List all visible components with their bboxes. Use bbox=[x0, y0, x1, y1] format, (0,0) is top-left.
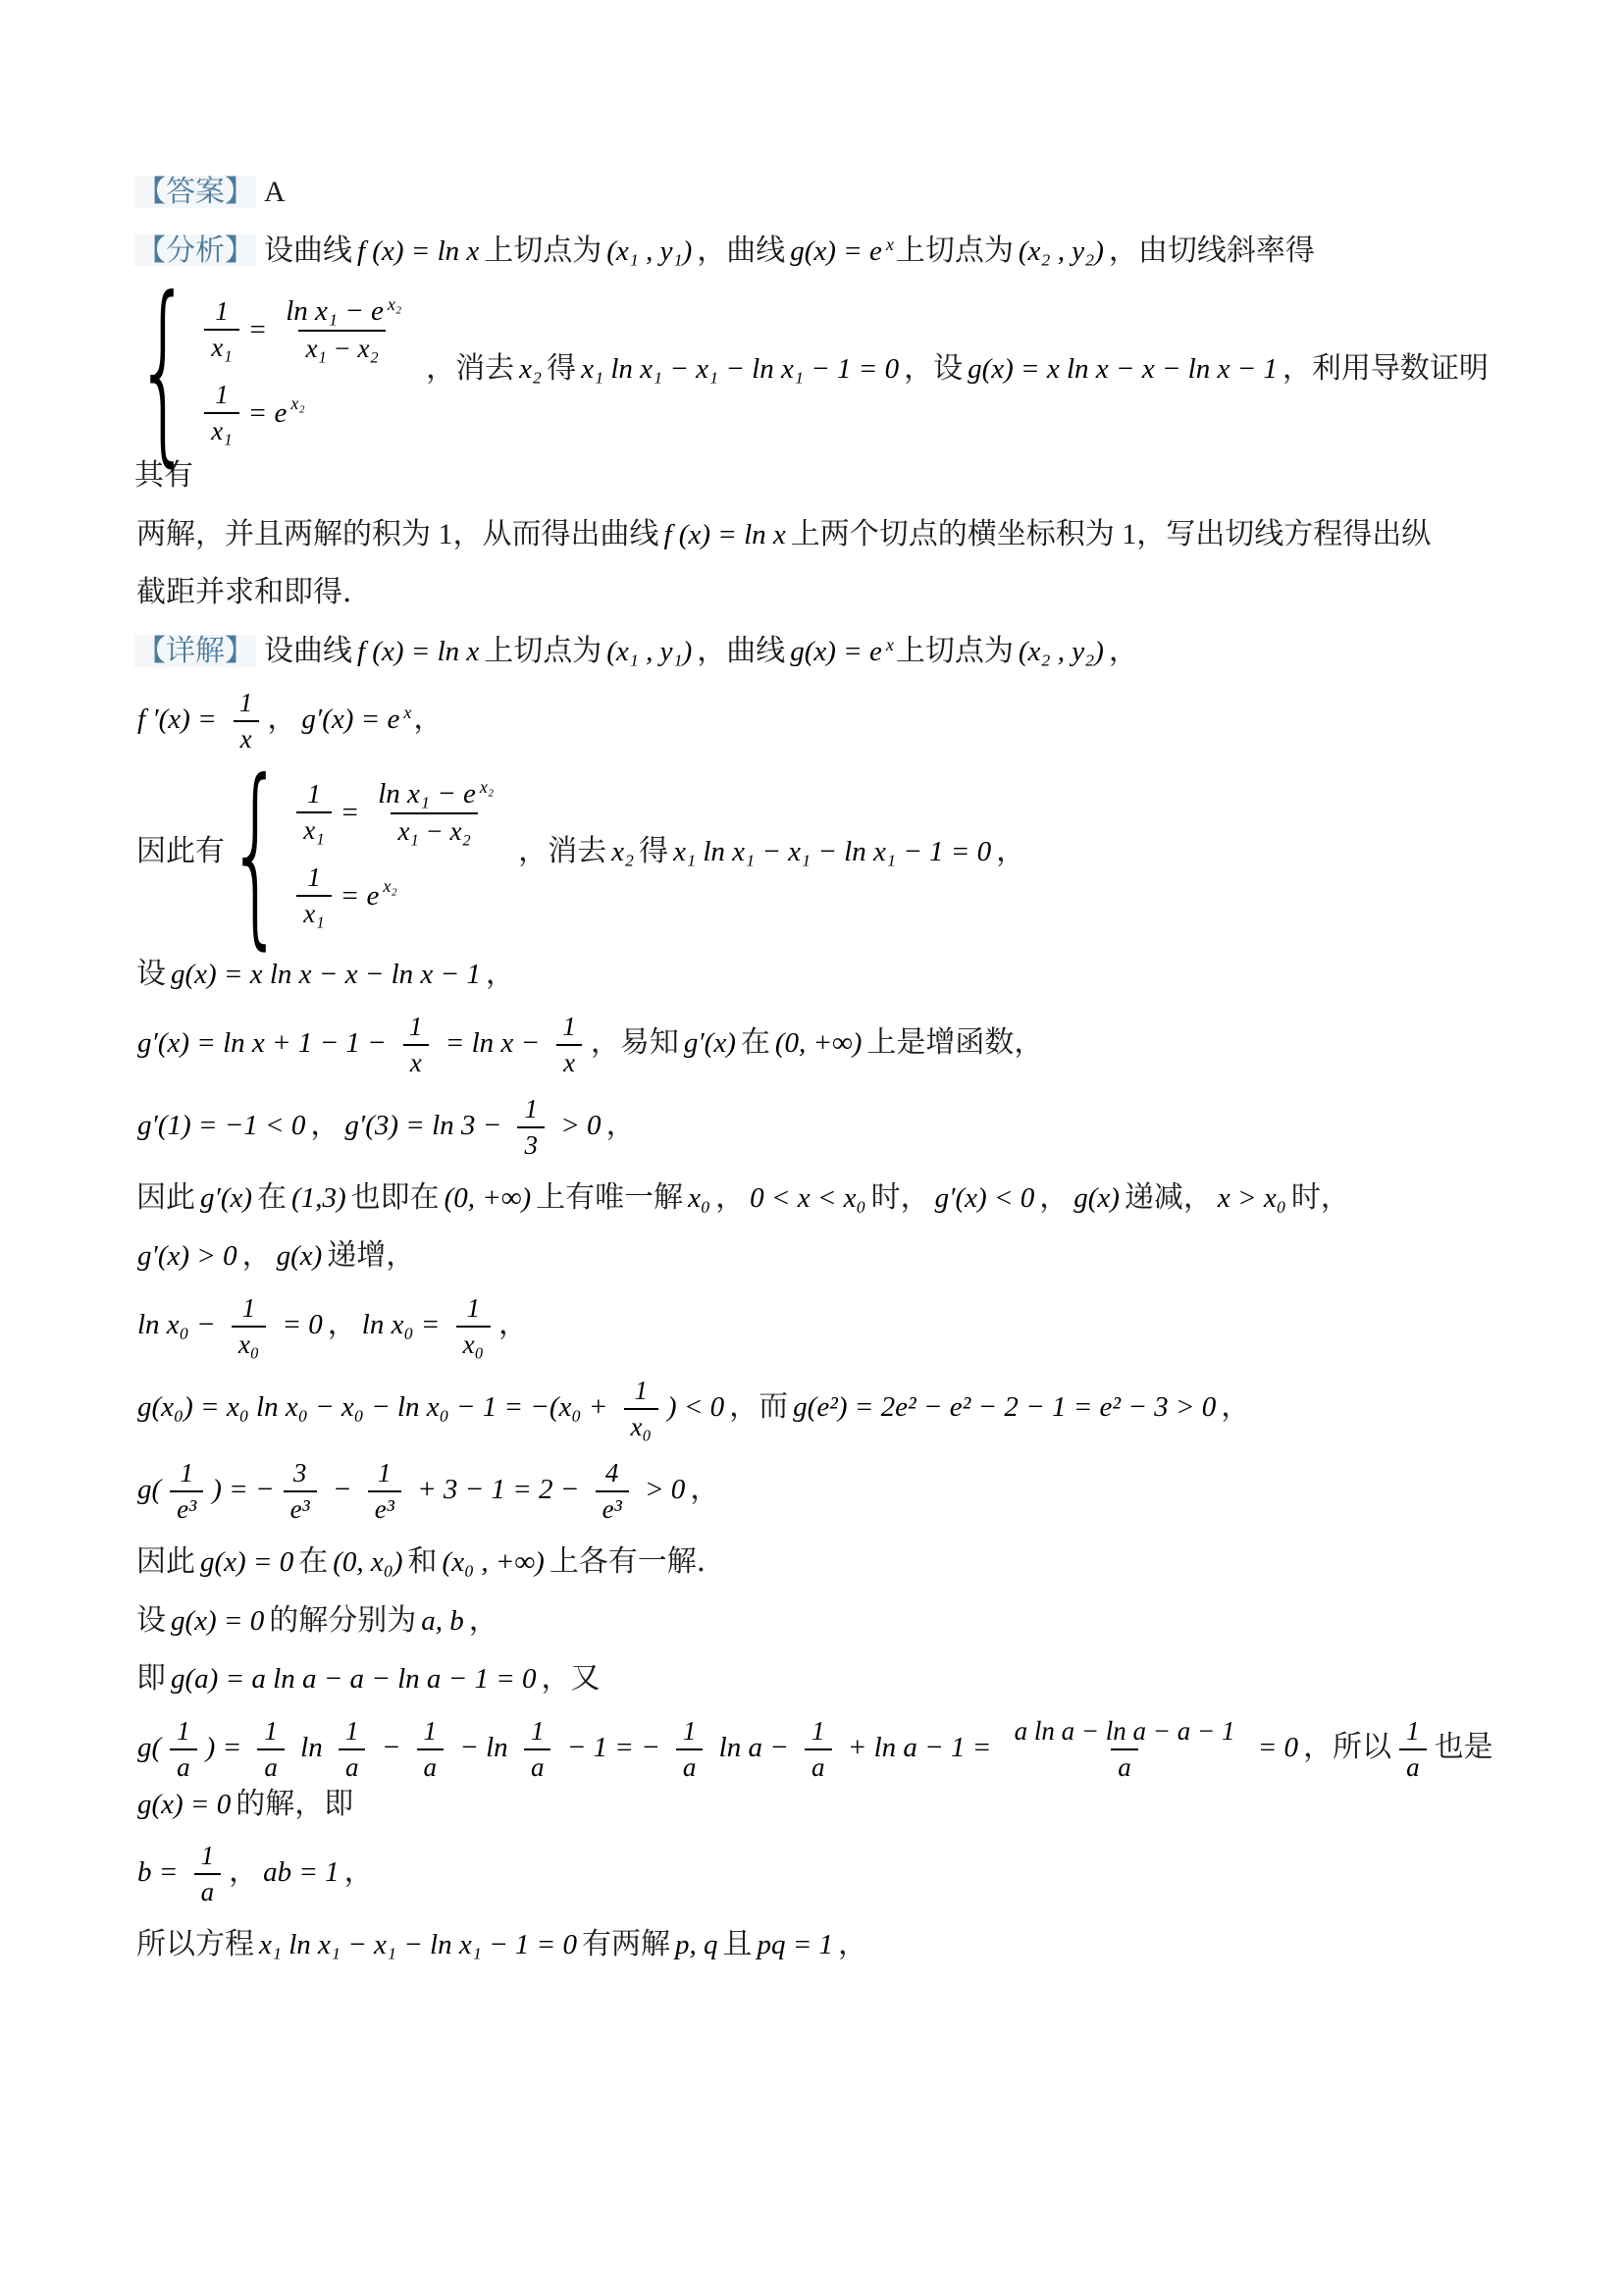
fraction-denominator: x₁ bbox=[296, 811, 331, 846]
fraction-numerator: 1 bbox=[208, 296, 236, 329]
fraction-denominator: x₀ bbox=[456, 1326, 491, 1360]
fraction-denominator: e³ bbox=[170, 1490, 203, 1525]
math-run: x₂ bbox=[516, 353, 545, 385]
text-run: ， bbox=[484, 958, 517, 990]
text-run: 设曲线 bbox=[262, 635, 354, 667]
text-run: 递减， bbox=[1123, 1181, 1215, 1214]
math-run: g(x₀) = x₀ ln x₀ − x₀ − ln x₀ − 1 = −(x₀… bbox=[134, 1391, 618, 1423]
unique-solution-line: 因此g′(x)在(1,3)也即在(0, +∞)上有唯一解x₀，0 < x < x… bbox=[134, 1176, 1505, 1220]
math-run: (x₂ , y₂) bbox=[1016, 636, 1107, 667]
text-run: 设 bbox=[134, 958, 168, 990]
fraction: 1a bbox=[1399, 1716, 1427, 1783]
text-run: 因此 bbox=[134, 1545, 197, 1578]
math-run: (1,3) bbox=[288, 1182, 349, 1214]
text-run: ，设 bbox=[902, 352, 965, 385]
fraction: 1x bbox=[402, 1012, 430, 1078]
math-run: g(x) = e bbox=[787, 636, 885, 667]
fraction-denominator: a bbox=[805, 1748, 832, 1783]
fraction-numerator: 1 bbox=[233, 688, 260, 720]
equation-rows: 1x₁ = ln x₁ − ex₂x₁ − x₂1x₁ = ex₂ bbox=[290, 778, 506, 929]
math-run: = 0 bbox=[272, 1309, 326, 1340]
fraction-denominator: a bbox=[676, 1748, 704, 1783]
math-run: (0, +∞) bbox=[442, 1182, 535, 1214]
math-run: g′(x) < 0 bbox=[932, 1182, 1038, 1214]
superscript: x₂ bbox=[388, 294, 401, 314]
fraction-denominator: x₁ bbox=[296, 895, 331, 929]
solution-document: 【答案】A【分析】设曲线f (x) = ln x上切点为(x₁ , y₁)，曲线… bbox=[0, 0, 1623, 1966]
math-run: + 3 − 1 = 2 − bbox=[407, 1474, 590, 1505]
superscript: x₂ bbox=[383, 873, 396, 899]
math-run: = bbox=[338, 792, 363, 833]
math-run: x₁ ln x₁ − x₁ − ln x₁ − 1 = 0 bbox=[256, 1929, 580, 1960]
fraction-numerator: 1 bbox=[170, 1716, 197, 1748]
fraction-denominator: a bbox=[1399, 1748, 1427, 1783]
math-run: = bbox=[245, 309, 271, 350]
math-run: g(x) = x ln x − x − ln x − 1 bbox=[965, 353, 1281, 385]
math-run: ) < 0 bbox=[664, 1391, 727, 1423]
text-run: 所以方程 bbox=[134, 1928, 256, 1960]
math-run: g(x) = e bbox=[787, 235, 885, 267]
math-run: b = bbox=[134, 1856, 188, 1888]
fraction: 3e³ bbox=[284, 1458, 317, 1525]
math-run: f ′(x) = bbox=[134, 704, 227, 735]
g-inv-e3-line: g(1e³) = −3e³ − 1e³ + 3 − 1 = 2 − 4e³ > … bbox=[134, 1458, 1505, 1525]
superscript: x₂ bbox=[480, 777, 494, 797]
text-run: A bbox=[262, 176, 288, 208]
math-run: g(x) = 0 bbox=[168, 1605, 267, 1637]
math-run: (x₂ , y₂) bbox=[1016, 235, 1107, 267]
math-run: (x₀ , +∞) bbox=[440, 1546, 548, 1578]
text-run: ，曲线 bbox=[695, 635, 787, 667]
math-run: x₂ bbox=[608, 836, 637, 867]
equation-row: 1x₁ = ex₂ bbox=[198, 380, 414, 446]
fraction: 1x₁ bbox=[296, 779, 331, 846]
math-run: − bbox=[323, 1474, 362, 1505]
math-run: ln x₀ − bbox=[134, 1309, 226, 1340]
math-run: − bbox=[371, 1732, 410, 1763]
math-run: a, b bbox=[418, 1605, 467, 1637]
fraction-numerator: 1 bbox=[300, 862, 328, 895]
fraction: ln x₁ − ex₂x₁ − x₂ bbox=[368, 778, 500, 847]
superscript: x bbox=[886, 635, 894, 654]
define-ab-line: 设g(x) = 0的解分别为a, b， bbox=[134, 1599, 1505, 1643]
text-run: 和 bbox=[406, 1545, 440, 1578]
analysis-wrap-line-2: 截距并求和即得． bbox=[134, 571, 1505, 614]
math-run: (x₁ , y₁) bbox=[603, 636, 695, 667]
fraction: 1a bbox=[257, 1716, 285, 1783]
fraction: 1x₁ bbox=[296, 862, 331, 929]
math-run: g′(3) = ln 3 − bbox=[341, 1110, 511, 1141]
text-run: ， bbox=[1107, 635, 1140, 667]
math-run: > 0 bbox=[635, 1474, 689, 1505]
fraction-numerator: 1 bbox=[417, 1716, 445, 1748]
fraction-numerator: 1 bbox=[371, 1458, 398, 1490]
increasing-line: g′(x) > 0，g(x)递增， bbox=[134, 1234, 1505, 1278]
math-run: ) = − bbox=[209, 1474, 277, 1505]
fraction-numerator: 1 bbox=[627, 1376, 654, 1408]
math-run: g′(x) > 0 bbox=[134, 1240, 240, 1272]
fraction-numerator: 1 bbox=[805, 1716, 832, 1748]
math-run: g′(x) = ln x + 1 − 1 − bbox=[134, 1027, 396, 1059]
math-run: = e bbox=[338, 875, 383, 916]
text-run: ， bbox=[604, 1109, 638, 1141]
text-run: ，曲线 bbox=[695, 235, 787, 267]
equation-row: 1x₁ = ex₂ bbox=[290, 862, 506, 929]
math-run: (0, x₀) bbox=[330, 1546, 405, 1578]
fraction: 1a bbox=[417, 1716, 445, 1783]
text-run: ， bbox=[994, 835, 1027, 867]
fraction-denominator: a bbox=[1111, 1748, 1138, 1783]
text-run: 即 bbox=[134, 1662, 168, 1695]
text-run: ， bbox=[497, 1308, 530, 1340]
text-run: 上有唯一解 bbox=[534, 1181, 685, 1214]
fraction-numerator: 1 bbox=[676, 1716, 704, 1748]
math-run: f (x) = ln x bbox=[354, 636, 482, 667]
fraction: 1x₀ bbox=[456, 1293, 491, 1360]
fraction-denominator: a bbox=[339, 1748, 366, 1783]
text-run: 截距并求和即得． bbox=[134, 576, 374, 608]
fraction: 1x bbox=[555, 1012, 583, 1078]
text-run: 设曲线 bbox=[262, 235, 354, 267]
left-brace-icon: { bbox=[228, 770, 284, 937]
text-run: 得 bbox=[637, 835, 670, 867]
text-run: ， bbox=[227, 1855, 260, 1888]
text-run: 上切点为 bbox=[482, 235, 603, 267]
fraction-numerator: 1 bbox=[257, 1716, 285, 1748]
math-run: = 0 bbox=[1247, 1732, 1301, 1763]
fraction-denominator: x bbox=[556, 1044, 582, 1078]
fraction-numerator: 3 bbox=[287, 1458, 314, 1490]
text-run: ， bbox=[308, 1109, 341, 1141]
text-run: ，消去 bbox=[424, 352, 516, 385]
text-run: 在 bbox=[255, 1181, 288, 1214]
fraction-denominator: e³ bbox=[368, 1490, 401, 1525]
math-run: g′(x) = e bbox=[298, 704, 402, 735]
ln-x0-line: ln x₀ − 1x₀ = 0，ln x₀ = 1x₀， bbox=[134, 1293, 1505, 1360]
fraction-denominator: 3 bbox=[517, 1126, 545, 1161]
math-run: g(x) bbox=[274, 1240, 326, 1272]
g-x0-line: g(x₀) = x₀ ln x₀ − x₀ − ln x₀ − 1 = −(x₀… bbox=[134, 1376, 1505, 1442]
two-solutions-line: 因此g(x) = 0在(0, x₀)和(x₀ , +∞)上各有一解． bbox=[134, 1540, 1505, 1584]
superscript: x₂ bbox=[290, 391, 304, 416]
text-run: ， bbox=[467, 1604, 500, 1637]
math-run: ab = 1 bbox=[260, 1856, 342, 1888]
text-run: 时， bbox=[869, 1181, 932, 1214]
fraction-numerator: 4 bbox=[599, 1458, 626, 1490]
text-run: 两解，并且两解的积为 1，从而得出曲线 bbox=[134, 518, 661, 550]
text-run: ， bbox=[240, 1239, 274, 1272]
text-run: 也是 bbox=[1433, 1731, 1495, 1763]
math-run: ln bbox=[290, 1732, 333, 1763]
fraction: 1e³ bbox=[368, 1458, 401, 1525]
superscript: x bbox=[886, 235, 894, 254]
equation-row: 1x₁ = ln x₁ − ex₂x₁ − x₂ bbox=[198, 295, 414, 364]
math-run: g( bbox=[134, 1474, 164, 1505]
math-run: f (x) = ln x bbox=[354, 235, 482, 267]
fraction-denominator: a bbox=[257, 1748, 285, 1783]
fraction: 1a bbox=[524, 1716, 551, 1783]
fraction-denominator: x₀ bbox=[232, 1326, 266, 1360]
equation-system: {1x₁ = ln x₁ − ex₂x₁ − x₂1x₁ = ex₂ bbox=[227, 770, 506, 937]
text-run: 递增， bbox=[325, 1239, 417, 1272]
g-prime-line: g′(x) = ln x + 1 − 1 − 1x = ln x − 1x，易知… bbox=[134, 1012, 1505, 1078]
fraction-denominator: x₀ bbox=[624, 1408, 658, 1442]
fraction-numerator: 1 bbox=[402, 1012, 430, 1044]
fraction: ln x₁ − ex₂x₁ − x₂ bbox=[276, 295, 408, 364]
fraction-denominator: e³ bbox=[284, 1490, 317, 1525]
math-run: (x₁ , y₁) bbox=[603, 235, 695, 267]
fraction: 1a bbox=[194, 1841, 222, 1907]
fraction-numerator: ln x₁ − ex₂ bbox=[368, 778, 500, 812]
math-run: pq = 1 bbox=[754, 1929, 836, 1960]
fraction-numerator: 1 bbox=[524, 1716, 551, 1748]
fraction-denominator: a bbox=[170, 1748, 197, 1783]
math-run: 0 < x < x₀ bbox=[747, 1182, 868, 1214]
fraction-numerator: 1 bbox=[300, 779, 328, 811]
math-run: g(x) = 0 bbox=[134, 1789, 234, 1820]
fraction-numerator: 1 bbox=[208, 380, 236, 412]
math-run: (0, +∞) bbox=[772, 1027, 865, 1059]
text-run: ， bbox=[1037, 1181, 1071, 1214]
document-page: { "page": { "background": "#ffffff", "te… bbox=[0, 0, 1623, 2296]
text-run: 上两个切点的横坐标积为 1，写出切线方程得出纵 bbox=[789, 518, 1434, 550]
text-run: ， bbox=[836, 1928, 869, 1960]
text-run: ， bbox=[1219, 1390, 1252, 1423]
fraction-denominator: e³ bbox=[596, 1490, 629, 1525]
math-run: x > x₀ bbox=[1215, 1182, 1289, 1214]
g-inv-a-line: g(1a) = 1a ln 1a − 1a − ln 1a − 1 = − 1a… bbox=[134, 1716, 1505, 1826]
analysis-line: 【分析】设曲线f (x) = ln x上切点为(x₁ , y₁)，曲线g(x) … bbox=[134, 230, 1505, 273]
text-run: 在 bbox=[296, 1545, 330, 1578]
fraction-denominator: x₁ bbox=[204, 412, 238, 446]
math-run: g′(x) bbox=[197, 1182, 255, 1214]
text-run: ， bbox=[326, 1308, 359, 1340]
define-g-line: 设g(x) = x ln x − x − ln x − 1， bbox=[134, 953, 1505, 996]
math-run: − 1 = − bbox=[556, 1732, 669, 1763]
fraction-numerator: 1 bbox=[517, 1094, 545, 1126]
text-run: 也即在 bbox=[349, 1181, 442, 1214]
fraction: 1x₁ bbox=[204, 296, 238, 363]
fraction: 1e³ bbox=[170, 1458, 203, 1525]
math-run: x₁ ln x₁ − x₁ − ln x₁ − 1 = 0 bbox=[670, 836, 994, 867]
math-run: + ln a − 1 = bbox=[838, 1732, 1002, 1763]
text-run: 有两解 bbox=[580, 1928, 672, 1960]
superscript: x bbox=[403, 703, 411, 722]
math-run: g′(1) = −1 < 0 bbox=[134, 1110, 308, 1141]
text-run: 的解分别为 bbox=[267, 1604, 418, 1637]
g-a-line: 即g(a) = a ln a − a − ln a − 1 = 0，又 bbox=[134, 1657, 1505, 1700]
system-line-analysis: {1x₁ = ln x₁ − ex₂x₁ − x₂1x₁ = ex₂，消去x₂得… bbox=[134, 287, 1505, 497]
text-run: 上切点为 bbox=[482, 635, 603, 667]
math-run: x₁ ln x₁ − x₁ − ln x₁ − 1 = 0 bbox=[578, 353, 902, 385]
fraction-numerator: 1 bbox=[460, 1293, 488, 1326]
fraction-numerator: 1 bbox=[555, 1012, 583, 1044]
analysis-wrap-line-1: 两解，并且两解的积为 1，从而得出曲线f (x) = ln x上两个切点的横坐标… bbox=[134, 513, 1505, 556]
left-brace-icon: { bbox=[135, 287, 191, 454]
math-run: = e bbox=[245, 392, 290, 434]
math-run: g(x) = 0 bbox=[197, 1546, 296, 1578]
fraction-denominator: x₁ − x₂ bbox=[298, 330, 385, 364]
equation-rows: 1x₁ = ln x₁ − ex₂x₁ − x₂1x₁ = ex₂ bbox=[198, 295, 414, 446]
text-run: ， bbox=[713, 1181, 747, 1214]
g-prime-values-line: g′(1) = −1 < 0，g′(3) = ln 3 − 13 > 0， bbox=[134, 1094, 1505, 1161]
math-run: g(e²) = 2e² − e² − 2 − 1 = e² − 3 > 0 bbox=[790, 1391, 1219, 1423]
math-run: g( bbox=[134, 1732, 164, 1763]
text-run: 设 bbox=[134, 1604, 168, 1637]
text-run: 得 bbox=[545, 352, 578, 385]
math-run: g(x) = x ln x − x − ln x − 1 bbox=[168, 959, 484, 990]
math-run: f (x) = ln x bbox=[661, 519, 789, 550]
fraction: 1a bbox=[676, 1716, 704, 1783]
math-run: p, q bbox=[672, 1929, 721, 1960]
fraction: 1a bbox=[805, 1716, 832, 1783]
text-run: 的解，即 bbox=[234, 1788, 355, 1820]
fraction-numerator: a ln a − ln a − a − 1 bbox=[1008, 1716, 1242, 1748]
section-label: 【答案】 bbox=[134, 176, 256, 208]
answer-line: 【答案】A bbox=[134, 171, 1505, 214]
fraction-denominator: x bbox=[403, 1044, 429, 1078]
text-run: 上切点为 bbox=[894, 235, 1016, 267]
text-run: ，所以 bbox=[1301, 1731, 1393, 1763]
fraction-denominator: a bbox=[194, 1873, 222, 1907]
text-run: 上切点为 bbox=[894, 635, 1016, 667]
math-run: g(x) bbox=[1071, 1182, 1123, 1214]
math-run: − ln bbox=[449, 1732, 518, 1763]
fraction: 1x₁ bbox=[204, 380, 238, 446]
fraction: a ln a − ln a − a − 1a bbox=[1008, 1716, 1242, 1783]
text-run: ， bbox=[265, 703, 298, 735]
detail-line: 【详解】设曲线f (x) = ln x上切点为(x₁ , y₁)，曲线g(x) … bbox=[134, 630, 1505, 673]
fraction: 1a bbox=[339, 1716, 366, 1783]
text-run: 且 bbox=[720, 1928, 754, 1960]
fraction-numerator: 1 bbox=[194, 1841, 222, 1873]
fraction-denominator: x₁ − x₂ bbox=[391, 812, 477, 847]
fraction-numerator: 1 bbox=[236, 1293, 263, 1326]
math-run: ln x₁ − e bbox=[283, 295, 387, 327]
fraction-denominator: a bbox=[417, 1748, 445, 1783]
fraction-numerator: 1 bbox=[1399, 1716, 1427, 1748]
text-run: 时， bbox=[1289, 1181, 1352, 1214]
system-line-detail: 因此有{1x₁ = ln x₁ − ex₂x₁ − x₂1x₁ = ex₂，消去… bbox=[134, 770, 1505, 937]
text-run: ，由切线斜率得 bbox=[1107, 235, 1317, 267]
fraction: 1x₀ bbox=[624, 1376, 658, 1442]
fraction-denominator: x₁ bbox=[204, 329, 238, 363]
math-run: ln x₁ − e bbox=[375, 778, 479, 809]
equation-row: 1x₁ = ln x₁ − ex₂x₁ − x₂ bbox=[290, 778, 506, 847]
text-run: ，而 bbox=[727, 1390, 790, 1423]
math-run: ) = bbox=[203, 1732, 252, 1763]
conclusion-line: 所以方程x₁ ln x₁ − x₁ − ln x₁ − 1 = 0有两解p, q… bbox=[134, 1923, 1505, 1966]
math-run: ln a − bbox=[708, 1732, 799, 1763]
text-run: ，易知 bbox=[589, 1026, 681, 1059]
math-run: = ln x − bbox=[436, 1027, 550, 1059]
text-run: ， bbox=[688, 1473, 721, 1505]
fraction-numerator: 1 bbox=[339, 1716, 366, 1748]
text-run: 上是增函数， bbox=[864, 1026, 1045, 1059]
text-run: ，消去 bbox=[516, 835, 608, 867]
equation-system: {1x₁ = ln x₁ − ex₂x₁ − x₂1x₁ = ex₂ bbox=[134, 287, 414, 454]
text-run: 在 bbox=[739, 1026, 772, 1059]
text-run: ， bbox=[342, 1855, 376, 1888]
math-run: > 0 bbox=[550, 1110, 604, 1141]
math-run: g′(x) bbox=[681, 1027, 739, 1059]
fraction: 1a bbox=[170, 1716, 197, 1783]
fraction-numerator: ln x₁ − ex₂ bbox=[276, 295, 408, 330]
text-run: ， bbox=[411, 703, 445, 735]
math-run: g(a) = a ln a − a − ln a − 1 = 0 bbox=[168, 1663, 540, 1695]
fraction-numerator: 1 bbox=[173, 1458, 200, 1490]
fraction-denominator: a bbox=[524, 1748, 551, 1783]
math-run: x₀ bbox=[685, 1182, 713, 1214]
fraction: 13 bbox=[517, 1094, 545, 1161]
text-run: 因此 bbox=[134, 1181, 197, 1214]
section-label: 【详解】 bbox=[134, 635, 256, 667]
text-run: 因此有 bbox=[134, 835, 227, 867]
math-run: ln x₀ = bbox=[359, 1309, 450, 1340]
fraction: 1x₀ bbox=[232, 1293, 266, 1360]
text-run: ，又 bbox=[540, 1662, 602, 1695]
b-equals-line: b = 1a，ab = 1， bbox=[134, 1841, 1505, 1907]
text-run: 上各有一解． bbox=[548, 1545, 728, 1578]
derivatives-line: f ′(x) = 1x，g′(x) = ex， bbox=[134, 688, 1505, 755]
fraction: 4e³ bbox=[596, 1458, 629, 1525]
